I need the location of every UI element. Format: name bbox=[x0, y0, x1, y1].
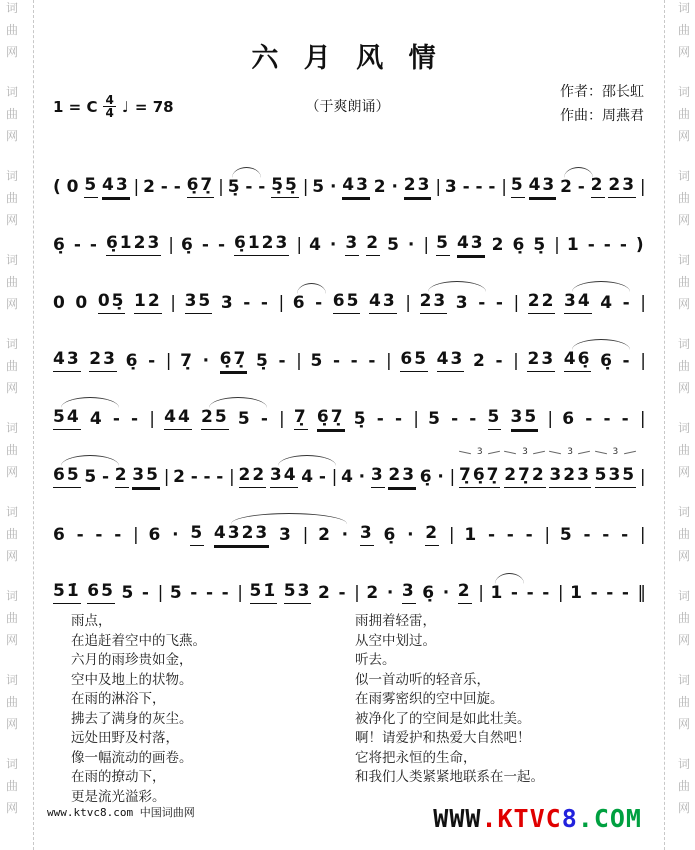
score-token: - bbox=[258, 176, 267, 198]
score-token: 5 bbox=[511, 174, 525, 198]
score-token: - bbox=[621, 524, 630, 546]
score-token: 2 bbox=[473, 350, 487, 372]
score-token: 7̣ bbox=[180, 350, 194, 372]
score-token: 3 bbox=[279, 524, 293, 546]
watermark-char: 曲 bbox=[678, 444, 690, 456]
tie-arc bbox=[572, 281, 630, 292]
watermark-char: 曲 bbox=[6, 108, 18, 120]
score-token: - bbox=[622, 582, 631, 604]
score-token: - bbox=[278, 350, 287, 372]
score-token: 6̣ bbox=[600, 350, 614, 372]
score-token: 5 bbox=[170, 582, 184, 604]
score-token: 5 bbox=[428, 408, 442, 430]
score-token: 22 bbox=[528, 290, 556, 314]
site-logo-part: WWW bbox=[433, 804, 481, 833]
score-token: 23 bbox=[404, 174, 432, 198]
watermark-char: 词 bbox=[678, 674, 690, 686]
score-token: - bbox=[377, 408, 386, 430]
score-token: 65 bbox=[87, 580, 115, 604]
score-line: 0005̣12|353--|6-6543|233--|22344-| bbox=[53, 256, 646, 314]
score-token: 7̣ bbox=[294, 406, 308, 430]
score-token: 1 bbox=[570, 582, 584, 604]
watermark-char: 曲 bbox=[678, 360, 690, 372]
barline: | bbox=[296, 234, 302, 256]
watermark-char: 网 bbox=[678, 130, 690, 142]
tie-arc bbox=[61, 397, 119, 408]
score-token: - bbox=[261, 408, 270, 430]
score-token: 3 bbox=[456, 292, 470, 314]
score-token: 3 bbox=[345, 232, 359, 256]
lyric-line: 在雨雾密织的空中回旋。 bbox=[355, 690, 544, 710]
score-token: - bbox=[338, 582, 347, 604]
score-token: - bbox=[333, 350, 342, 372]
lyric-line: 像一幅流动的画卷。 bbox=[71, 749, 206, 769]
score-token: 4 bbox=[301, 466, 315, 488]
score-token: 5 bbox=[560, 524, 574, 546]
score-token: 4 bbox=[600, 292, 614, 314]
score-token: 35 bbox=[132, 464, 160, 488]
score-token: 5̣ bbox=[354, 408, 368, 430]
score-token: 5 bbox=[436, 232, 450, 256]
score-token: 2 bbox=[560, 176, 574, 198]
score-token: 6̣7̣ bbox=[317, 406, 345, 430]
barline: | bbox=[278, 292, 284, 314]
barline: | bbox=[218, 176, 224, 198]
lyrics-column-right: 雨拥着轻雷，从空中划过。听去。似一首动听的轻音乐，在雨雾密织的空中回旋。被净化了… bbox=[355, 612, 544, 788]
score-token: 6̣ bbox=[126, 350, 140, 372]
score-token: - bbox=[507, 524, 516, 546]
score-token: · bbox=[407, 524, 415, 546]
score-token: 6̣ bbox=[181, 234, 195, 256]
score-token: · bbox=[359, 466, 367, 488]
watermark-char: 词 bbox=[6, 170, 18, 182]
score-token: 2 bbox=[374, 176, 388, 198]
watermark-char: 词 bbox=[6, 674, 18, 686]
score-token: 2 bbox=[318, 582, 332, 604]
score-token: - bbox=[131, 408, 140, 430]
watermark-char: 网 bbox=[6, 130, 18, 142]
score-token: 2 bbox=[318, 524, 332, 546]
triplet-mark: 3 bbox=[595, 447, 637, 457]
score-token: - bbox=[90, 234, 99, 256]
score-token: · bbox=[342, 524, 350, 546]
tie-arc bbox=[278, 455, 336, 466]
score-token: 5 bbox=[387, 234, 401, 256]
score-token: 5 bbox=[310, 350, 324, 372]
watermark-char: 网 bbox=[678, 634, 690, 646]
score-token: 23 bbox=[420, 290, 448, 314]
score-token: - bbox=[191, 466, 200, 488]
score-token: ) bbox=[636, 234, 646, 256]
score-token: · bbox=[330, 234, 338, 256]
watermark-char: 网 bbox=[6, 46, 18, 58]
score-token: - bbox=[351, 350, 360, 372]
lyric-line: 在雨的撩动下， bbox=[71, 768, 206, 788]
score-token: 5 bbox=[84, 466, 98, 488]
barline: | bbox=[558, 582, 564, 604]
score-token: 34 bbox=[270, 464, 298, 488]
score-token: 05̣ bbox=[98, 290, 126, 314]
score-token: 5 bbox=[238, 408, 252, 430]
score-token: 5 bbox=[312, 176, 326, 198]
score-token: - bbox=[603, 408, 612, 430]
barline: | bbox=[149, 408, 155, 430]
score-token: - bbox=[620, 234, 629, 256]
score-token: - bbox=[261, 292, 270, 314]
lyric-line: 被净化了的空间是如此壮美。 bbox=[355, 710, 544, 730]
score-token: - bbox=[368, 350, 377, 372]
watermark-char: 词 bbox=[6, 758, 18, 770]
score-token: - bbox=[583, 524, 592, 546]
left-dashed-line bbox=[33, 0, 34, 850]
barline: | bbox=[413, 408, 419, 430]
score-token: 2 bbox=[366, 232, 380, 256]
score-token: - bbox=[623, 350, 632, 372]
watermark-char: 词 bbox=[6, 254, 18, 266]
barline: | bbox=[168, 234, 174, 256]
watermark-char: 曲 bbox=[678, 528, 690, 540]
score-token: 2 bbox=[366, 582, 380, 604]
score-token: - bbox=[245, 176, 254, 198]
score-token: 53 bbox=[284, 580, 312, 604]
score-token: - bbox=[526, 524, 535, 546]
tie-arc bbox=[428, 281, 486, 292]
watermark-char: 曲 bbox=[6, 24, 18, 36]
watermark-char: 词 bbox=[6, 422, 18, 434]
lyric-line: 似一首动听的轻音乐， bbox=[355, 671, 544, 691]
barline: | bbox=[547, 408, 553, 430]
score-token: 5353 bbox=[595, 464, 637, 488]
score-token: - bbox=[578, 176, 587, 198]
watermark-char: 网 bbox=[6, 466, 18, 478]
score-token: 51̇ bbox=[250, 580, 278, 604]
score-token: 6 bbox=[562, 408, 576, 430]
score-token: · bbox=[443, 582, 451, 604]
score-token: - bbox=[585, 408, 594, 430]
barline: | bbox=[279, 408, 285, 430]
watermark-char: 词 bbox=[678, 758, 690, 770]
score-token: ( bbox=[53, 176, 63, 198]
score-token: 22 bbox=[239, 464, 267, 488]
score-token: 3 bbox=[221, 292, 235, 314]
barline: | bbox=[237, 582, 243, 604]
barline: | bbox=[303, 176, 309, 198]
score-token: 43 bbox=[369, 290, 397, 314]
score-token: 65 bbox=[333, 290, 361, 314]
site-watermark: www.ktvc8.com 中国词曲网 bbox=[47, 804, 195, 820]
watermark-char: 词 bbox=[678, 2, 690, 14]
score-token: - bbox=[161, 176, 170, 198]
watermark-char: 词 bbox=[6, 2, 18, 14]
lyric-line: 远处田野及村落， bbox=[71, 729, 206, 749]
watermark-char: 曲 bbox=[678, 108, 690, 120]
right-border-watermark: 词曲网词曲网词曲网词曲网词曲网词曲网词曲网词曲网词曲网词曲网 bbox=[676, 2, 692, 850]
score-token: 6̣ bbox=[512, 234, 526, 256]
score-line: 51̇655-|5---|51̇532-|2·36̣·2|1---|1---‖ bbox=[53, 546, 646, 604]
score-token: - bbox=[174, 176, 183, 198]
barline: | bbox=[296, 350, 302, 372]
score-token: - bbox=[463, 176, 472, 198]
site-logo-part: . bbox=[481, 804, 497, 833]
watermark-char: 网 bbox=[678, 718, 690, 730]
watermark-char: 曲 bbox=[6, 276, 18, 288]
score-token: - bbox=[606, 582, 615, 604]
score-token: 44 bbox=[164, 406, 192, 430]
score-token: 35 bbox=[185, 290, 213, 314]
barline: | bbox=[354, 582, 360, 604]
barline: | bbox=[332, 466, 338, 488]
score-token: 5 bbox=[488, 406, 502, 430]
barline: | bbox=[134, 176, 140, 198]
score-token: 65 bbox=[53, 464, 81, 488]
watermark-char: 词 bbox=[678, 86, 690, 98]
score-token: 4323 bbox=[214, 522, 269, 546]
score-token: - bbox=[542, 582, 551, 604]
score-token: 0 bbox=[67, 176, 81, 198]
score-line: 544--|44255-|7̣6̣7̣5̣--|5--535|6---| bbox=[53, 372, 646, 430]
watermark-char: 网 bbox=[678, 802, 690, 814]
lyric-line: 在追赶着空中的飞燕。 bbox=[71, 632, 206, 652]
lyric-line: 从空中划过。 bbox=[355, 632, 544, 652]
score-token: 2 bbox=[115, 464, 129, 488]
score-token: 6 bbox=[149, 524, 163, 546]
watermark-char: 网 bbox=[678, 382, 690, 394]
score-token: - bbox=[591, 582, 600, 604]
score-token: 6 bbox=[293, 292, 307, 314]
score-token: 43 bbox=[342, 174, 370, 198]
score-token: 12 bbox=[134, 290, 162, 314]
barline: | bbox=[513, 350, 519, 372]
score-token: 2 bbox=[591, 174, 605, 198]
watermark-char: 网 bbox=[678, 466, 690, 478]
score-token: - bbox=[511, 582, 520, 604]
score-token: 7̣6̣7̣3 bbox=[459, 464, 501, 488]
barline: | bbox=[640, 408, 646, 430]
lyric-line: 听去。 bbox=[355, 651, 544, 671]
barline: | bbox=[478, 582, 484, 604]
score-token: 25 bbox=[201, 406, 229, 430]
barline: | bbox=[386, 350, 392, 372]
barline: | bbox=[449, 524, 455, 546]
score-token: - bbox=[243, 292, 252, 314]
score-token: - bbox=[95, 524, 104, 546]
watermark-char: 曲 bbox=[6, 780, 18, 792]
score-token: 6̣ bbox=[383, 524, 397, 546]
score-token: - bbox=[319, 466, 328, 488]
score-token: - bbox=[148, 350, 157, 372]
sheet-music-page: 词曲网词曲网词曲网词曲网词曲网词曲网词曲网词曲网词曲网词曲网 词曲网词曲网词曲网… bbox=[0, 0, 695, 850]
tie-arc bbox=[231, 513, 347, 524]
credits: 作者：邵长虹 作曲：周燕君 bbox=[560, 80, 644, 128]
score-token: - bbox=[475, 176, 484, 198]
score-token: - bbox=[77, 524, 86, 546]
watermark-char: 词 bbox=[6, 338, 18, 350]
score-line: (0543|2--6̣7̣|5̣--5̣5̣|5·432·23|3---|543… bbox=[53, 140, 646, 198]
watermark-char: 曲 bbox=[678, 780, 690, 792]
lyric-line: 在雨的淋浴下， bbox=[71, 690, 206, 710]
score-token: 3 bbox=[360, 522, 374, 546]
watermark-char: 词 bbox=[678, 422, 690, 434]
barline: | bbox=[303, 524, 309, 546]
score-token: · bbox=[203, 350, 211, 372]
score-token: 54 bbox=[53, 406, 81, 430]
score-token: - bbox=[602, 524, 611, 546]
score-token: 2 bbox=[143, 176, 157, 198]
score-token: 23 bbox=[388, 464, 416, 488]
watermark-char: 网 bbox=[6, 214, 18, 226]
score-token: - bbox=[623, 292, 632, 314]
watermark-char: 网 bbox=[6, 382, 18, 394]
score-token: 6̣ bbox=[422, 582, 436, 604]
barline: | bbox=[229, 466, 235, 488]
tie-arc bbox=[61, 455, 119, 466]
score-token: 46̣ bbox=[564, 348, 592, 372]
score-token: 6̣123 bbox=[234, 232, 289, 256]
score-token: - bbox=[451, 408, 460, 430]
watermark-char: 词 bbox=[6, 506, 18, 518]
barline: | bbox=[640, 292, 646, 314]
score-line: 6---|6·543233|2·36̣·2|1---|5---| bbox=[53, 488, 646, 546]
score: (0543|2--6̣7̣|5̣--5̣5̣|5·432·23|3---|543… bbox=[53, 140, 646, 604]
score-token: - bbox=[488, 176, 497, 198]
watermark-char: 词 bbox=[678, 170, 690, 182]
author-line: 作者：邵长虹 bbox=[560, 80, 644, 104]
watermark-char: 词 bbox=[6, 86, 18, 98]
score-token: 2 bbox=[458, 580, 472, 604]
watermark-char: 曲 bbox=[678, 192, 690, 204]
watermark-char: 网 bbox=[6, 550, 18, 562]
score-token: 43 bbox=[53, 348, 81, 372]
score-token: 6̣123 bbox=[106, 232, 161, 256]
score-token: - bbox=[113, 408, 122, 430]
score-token: 23 bbox=[527, 348, 555, 372]
score-line: 43236̣-|7̣·6̣7̣5̣-|5---|65432-|2346̣6̣-| bbox=[53, 314, 646, 372]
barline: | bbox=[170, 292, 176, 314]
score-line: 6̣--6̣123|6̣--6̣123|4·325·|54326̣5̣|1---… bbox=[53, 198, 646, 256]
score-token: - bbox=[495, 350, 504, 372]
lyric-line: 六月的雨珍贵如金， bbox=[71, 651, 206, 671]
watermark-char: 网 bbox=[678, 298, 690, 310]
score-token: 2 bbox=[425, 522, 439, 546]
score-token: 3 bbox=[402, 580, 416, 604]
watermark-char: 曲 bbox=[678, 612, 690, 624]
score-token: 51̇ bbox=[53, 580, 81, 604]
score-token: 65 bbox=[400, 348, 428, 372]
barline: | bbox=[405, 292, 411, 314]
score-token: - bbox=[478, 292, 487, 314]
composer-line: 作曲：周燕君 bbox=[560, 104, 644, 128]
watermark-char: 网 bbox=[6, 802, 18, 814]
watermark-char: 曲 bbox=[6, 696, 18, 708]
score-token: - bbox=[203, 466, 212, 488]
score-token: 23 bbox=[608, 174, 636, 198]
score-token: - bbox=[206, 582, 215, 604]
watermark-char: 曲 bbox=[678, 24, 690, 36]
score-token: 27̣23 bbox=[504, 464, 546, 488]
score-token: 5̣ bbox=[228, 176, 242, 198]
triplet-mark: 3 bbox=[504, 447, 546, 457]
score-token: · bbox=[391, 176, 399, 198]
barline: | bbox=[423, 234, 429, 256]
score-token: - bbox=[488, 524, 497, 546]
score-token: - bbox=[142, 582, 151, 604]
right-dashed-line bbox=[664, 0, 665, 850]
score-token: · bbox=[408, 234, 416, 256]
score-token: 34 bbox=[564, 290, 592, 314]
watermark-char: 曲 bbox=[678, 696, 690, 708]
site-logo: WWW.KTVC8.COM bbox=[433, 804, 642, 833]
score-token: - bbox=[315, 292, 324, 314]
score-token: 6̣ bbox=[53, 234, 67, 256]
score-token: 35 bbox=[511, 406, 539, 430]
lyric-line: 雨点， bbox=[71, 612, 206, 632]
barline: | bbox=[501, 176, 507, 198]
watermark-char: 网 bbox=[678, 214, 690, 226]
score-token: · bbox=[387, 582, 395, 604]
watermark-char: 词 bbox=[678, 338, 690, 350]
watermark-char: 曲 bbox=[6, 528, 18, 540]
score-token: 43 bbox=[437, 348, 465, 372]
score-token: 1 bbox=[491, 582, 505, 604]
barline: | bbox=[158, 582, 164, 604]
watermark-char: 词 bbox=[6, 590, 18, 602]
score-token: · bbox=[437, 466, 445, 488]
score-token: 0 bbox=[53, 292, 67, 314]
site-logo-part: KTVC bbox=[498, 804, 562, 833]
score-token: 43 bbox=[102, 174, 130, 198]
score-token: 2 bbox=[492, 234, 506, 256]
left-border-watermark: 词曲网词曲网词曲网词曲网词曲网词曲网词曲网词曲网词曲网词曲网 bbox=[4, 2, 20, 850]
score-token: 3 bbox=[445, 176, 459, 198]
score-token: 5̣ bbox=[533, 234, 547, 256]
sheet-content: 六 月 风 情 1 = C 4 4 ♩ = 78 （于爽朗诵） 作者：邵长虹 作… bbox=[45, 0, 650, 850]
score-token: 5̣ bbox=[256, 350, 270, 372]
score-token: - bbox=[395, 408, 404, 430]
score-token: 1 bbox=[464, 524, 478, 546]
barline: | bbox=[640, 176, 646, 198]
lyric-line: 雨拥着轻雷， bbox=[355, 612, 544, 632]
score-token: 43 bbox=[529, 174, 557, 198]
score-token: - bbox=[216, 466, 225, 488]
barline: | bbox=[166, 350, 172, 372]
score-token: - bbox=[222, 582, 231, 604]
barline: | bbox=[640, 466, 646, 488]
watermark-char: 曲 bbox=[678, 276, 690, 288]
score-token: 2 bbox=[173, 466, 187, 488]
score-token: 0 bbox=[75, 292, 89, 314]
score-token: - bbox=[202, 234, 211, 256]
score-token: 4 bbox=[90, 408, 104, 430]
score-token: - bbox=[190, 582, 199, 604]
score-token: 6̣7̣ bbox=[220, 348, 248, 372]
score-token: 4 bbox=[341, 466, 355, 488]
score-token: 5 bbox=[122, 582, 136, 604]
barline: | bbox=[544, 524, 550, 546]
lyric-line: 它将把永恒的生命， bbox=[355, 749, 544, 769]
score-token: 4 bbox=[309, 234, 323, 256]
watermark-char: 网 bbox=[6, 718, 18, 730]
score-token: 23 bbox=[89, 348, 117, 372]
score-token: - bbox=[588, 234, 597, 256]
song-title: 六 月 风 情 bbox=[45, 36, 650, 75]
barline: | bbox=[164, 466, 170, 488]
lyric-line: 拂去了满身的灰尘。 bbox=[71, 710, 206, 730]
score-token: 1 bbox=[567, 234, 581, 256]
score-token: · bbox=[172, 524, 180, 546]
score-token: - bbox=[74, 234, 83, 256]
score-line: 655-235|2---|22344-|4·3236̣·|7̣6̣7̣327̣2… bbox=[53, 430, 646, 488]
watermark-char: 曲 bbox=[6, 360, 18, 372]
